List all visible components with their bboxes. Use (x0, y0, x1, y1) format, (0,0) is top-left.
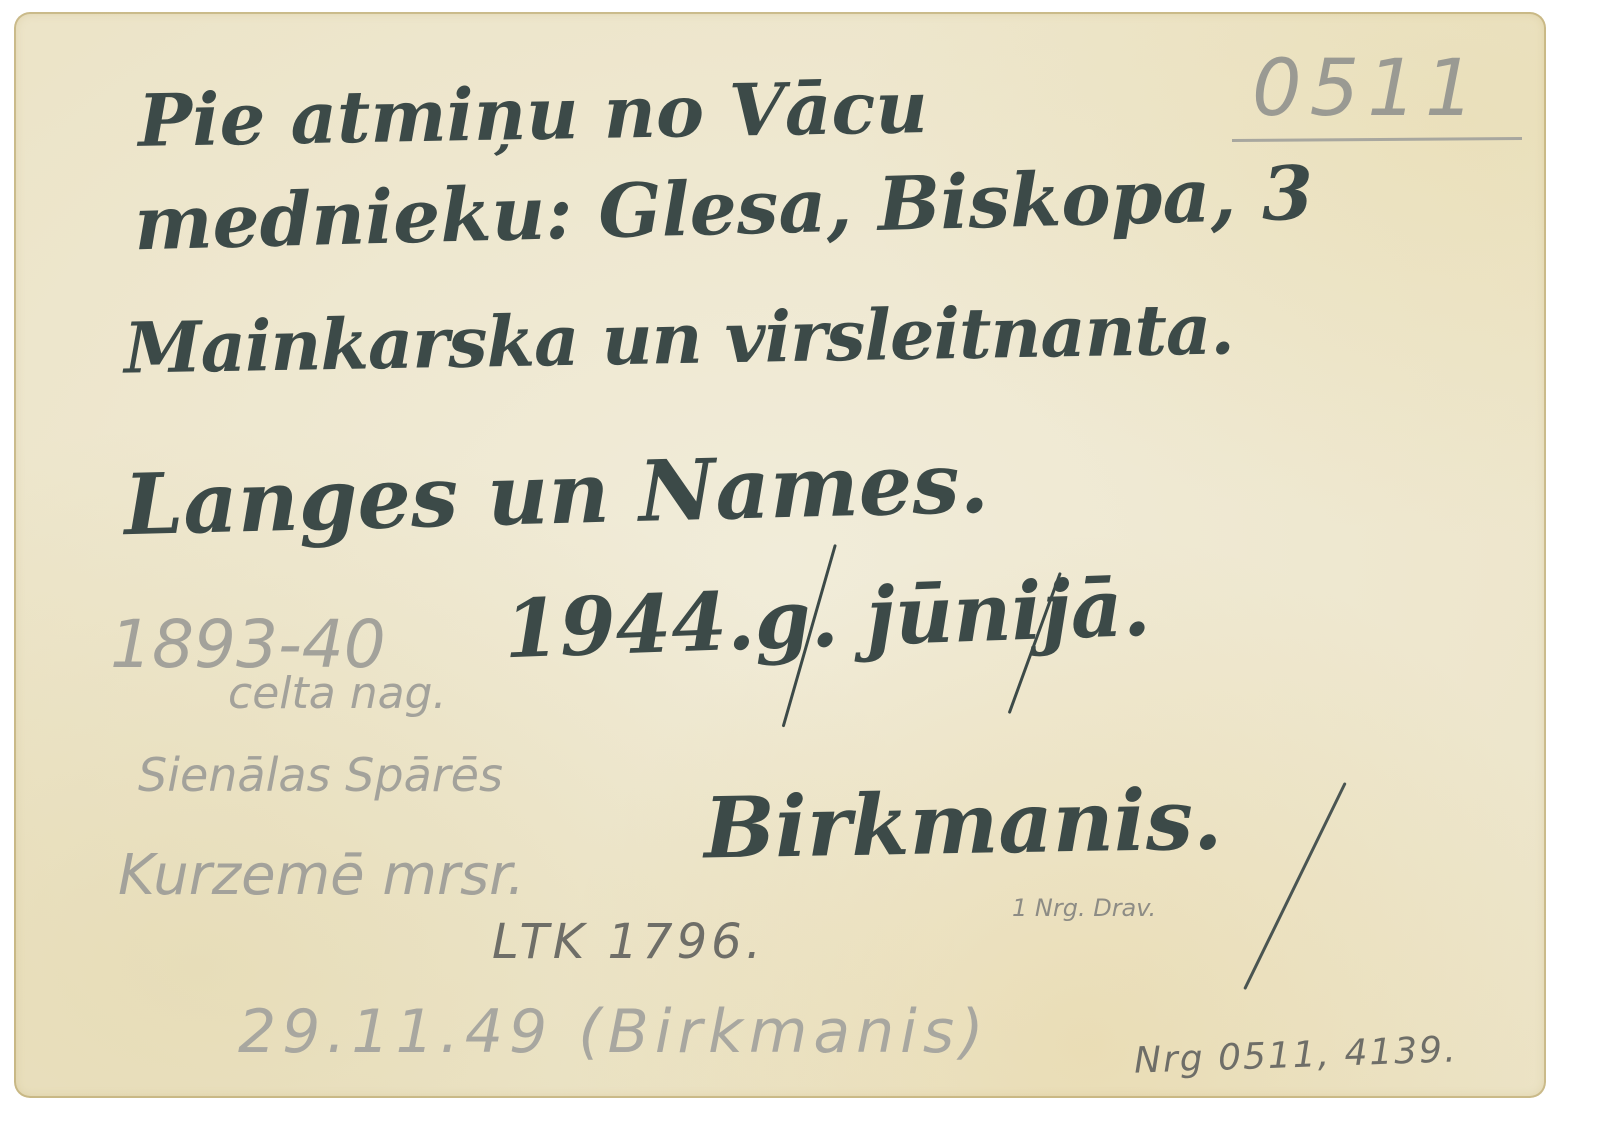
catalog-number-underline (1232, 137, 1522, 142)
ink-line-1: Pie atmiņu no Vācu (137, 71, 928, 157)
photo-reverse-card: 0511 Pie atmiņu no Vācu mednieku: Glesa,… (14, 12, 1546, 1098)
ink-line-2: mednieku: Glesa, Biskopa, 3 (133, 157, 1314, 262)
catalog-number: 0511 (1252, 50, 1483, 128)
pencil-date-note: 29.11.49 (Birkmanis) (238, 1002, 990, 1062)
pencil-inventory-number: Nrg 0511, 4139. (1133, 1032, 1458, 1079)
ink-stroke-signature-tail (1243, 782, 1347, 990)
pencil-ltk-number: LTK 1796. (492, 918, 765, 966)
ink-line-4: Langes un Names. (123, 441, 990, 548)
ink-signature: Birkmanis. (703, 777, 1223, 870)
pencil-line-celta: celta nag. (228, 672, 446, 716)
pencil-line-kurzemes: Kurzemē mrsr. (118, 848, 525, 904)
pencil-small-note: 1 Nrg. Drav. (1012, 896, 1156, 920)
ink-line-3: Mainkarska un virsleitnanta. (123, 294, 1234, 383)
pencil-line-sienas: Sienālas Spārēs (138, 752, 503, 798)
